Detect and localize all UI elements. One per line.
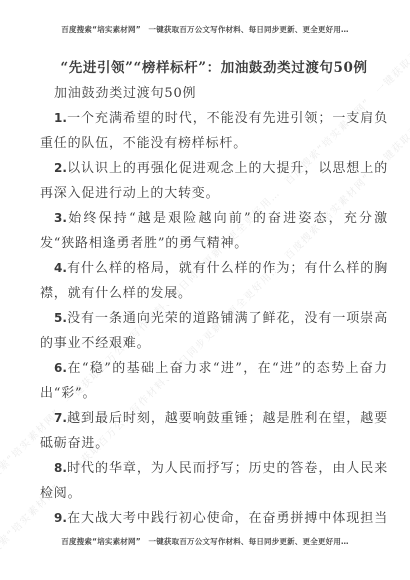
list-item: 8.时代的华章，为人民而抒写；历史的答卷，由人民来检阅。 bbox=[40, 456, 388, 506]
item-number: 5. bbox=[54, 311, 67, 325]
item-number: 8. bbox=[54, 461, 67, 475]
list-item: 5.没有一条通向光荣的道路铺满了鲜花，没有一项崇高的事业不经艰难。 bbox=[40, 306, 388, 356]
document-body: “先进引领”“榜样标杆”：加油鼓劲类过渡句50例 加油鼓劲类过渡句50例 1.一… bbox=[40, 56, 388, 532]
item-text: 没有一条通向光荣的道路铺满了鲜花，没有一项崇高的事业不经艰难。 bbox=[40, 311, 388, 351]
list-item: 9.在大战大考中践行初心使命，在奋勇拼搏中体现担当作 bbox=[40, 506, 388, 532]
page-subtitle: 加油鼓劲类过渡句50例 bbox=[40, 81, 388, 106]
footer-promo-text: 百度搜索“培实素材网” 一键获取百万公文写作材料、每日同步更新、更全更好用… bbox=[0, 536, 410, 547]
list-item: 3.始终保持“越是艰险越向前”的奋进姿态，充分激发“狭路相逢勇者胜”的勇气精神。 bbox=[40, 206, 388, 256]
item-text: 有什么样的格局，就有什么样的作为；有什么样的胸襟，就有什么样的发展。 bbox=[40, 261, 388, 301]
item-text: 在“稳”的基础上奋力求“进”，在“进”的态势上奋力出“彩”。 bbox=[40, 361, 388, 401]
list-item: 1.一个充满希望的时代，不能没有先进引领；一支肩负重任的队伍，不能没有榜样标杆。 bbox=[40, 106, 388, 156]
item-number: 4. bbox=[54, 261, 67, 275]
item-text: 越到最后时刻，越要响鼓重锤；越是胜利在望，越要砥砺奋进。 bbox=[40, 411, 388, 451]
item-text: 在大战大考中践行初心使命，在奋勇拼搏中体现担当作 bbox=[40, 511, 388, 532]
page-title: “先进引领”“榜样标杆”：加油鼓劲类过渡句50例 bbox=[40, 56, 388, 81]
list-item: 4.有什么样的格局，就有什么样的作为；有什么样的胸襟，就有什么样的发展。 bbox=[40, 256, 388, 306]
list-item: 7.越到最后时刻，越要响鼓重锤；越是胜利在望，越要砥砺奋进。 bbox=[40, 406, 388, 456]
item-text: 一个充满希望的时代，不能没有先进引领；一支肩负重任的队伍，不能没有榜样标杆。 bbox=[40, 111, 388, 151]
item-number: 6. bbox=[54, 361, 67, 375]
item-number: 1. bbox=[54, 111, 67, 125]
list-item: 6.在“稳”的基础上奋力求“进”，在“进”的态势上奋力出“彩”。 bbox=[40, 356, 388, 406]
item-text: 以认识上的再强化促进观念上的大提升，以思想上的再深入促进行动上的大转变。 bbox=[40, 161, 388, 201]
item-text: 始终保持“越是艰险越向前”的奋进姿态，充分激发“狭路相逢勇者胜”的勇气精神。 bbox=[40, 211, 388, 251]
item-text: 时代的华章，为人民而抒写；历史的答卷，由人民来检阅。 bbox=[40, 461, 388, 501]
item-number: 7. bbox=[54, 411, 67, 425]
header-promo-text: 百度搜索“培实素材网” 一键获取百万公文写作材料、每日同步更新、更全更好用… bbox=[0, 24, 410, 35]
item-number: 3. bbox=[54, 211, 67, 225]
list-item: 2.以认识上的再强化促进观念上的大提升，以思想上的再深入促进行动上的大转变。 bbox=[40, 156, 388, 206]
item-number: 2. bbox=[54, 161, 67, 175]
document-page: 百度搜索“培实素材网” 一键获取百万公文写作材料、每日同步更新、更全更好用… 百… bbox=[0, 0, 410, 580]
item-number: 9. bbox=[54, 511, 67, 525]
